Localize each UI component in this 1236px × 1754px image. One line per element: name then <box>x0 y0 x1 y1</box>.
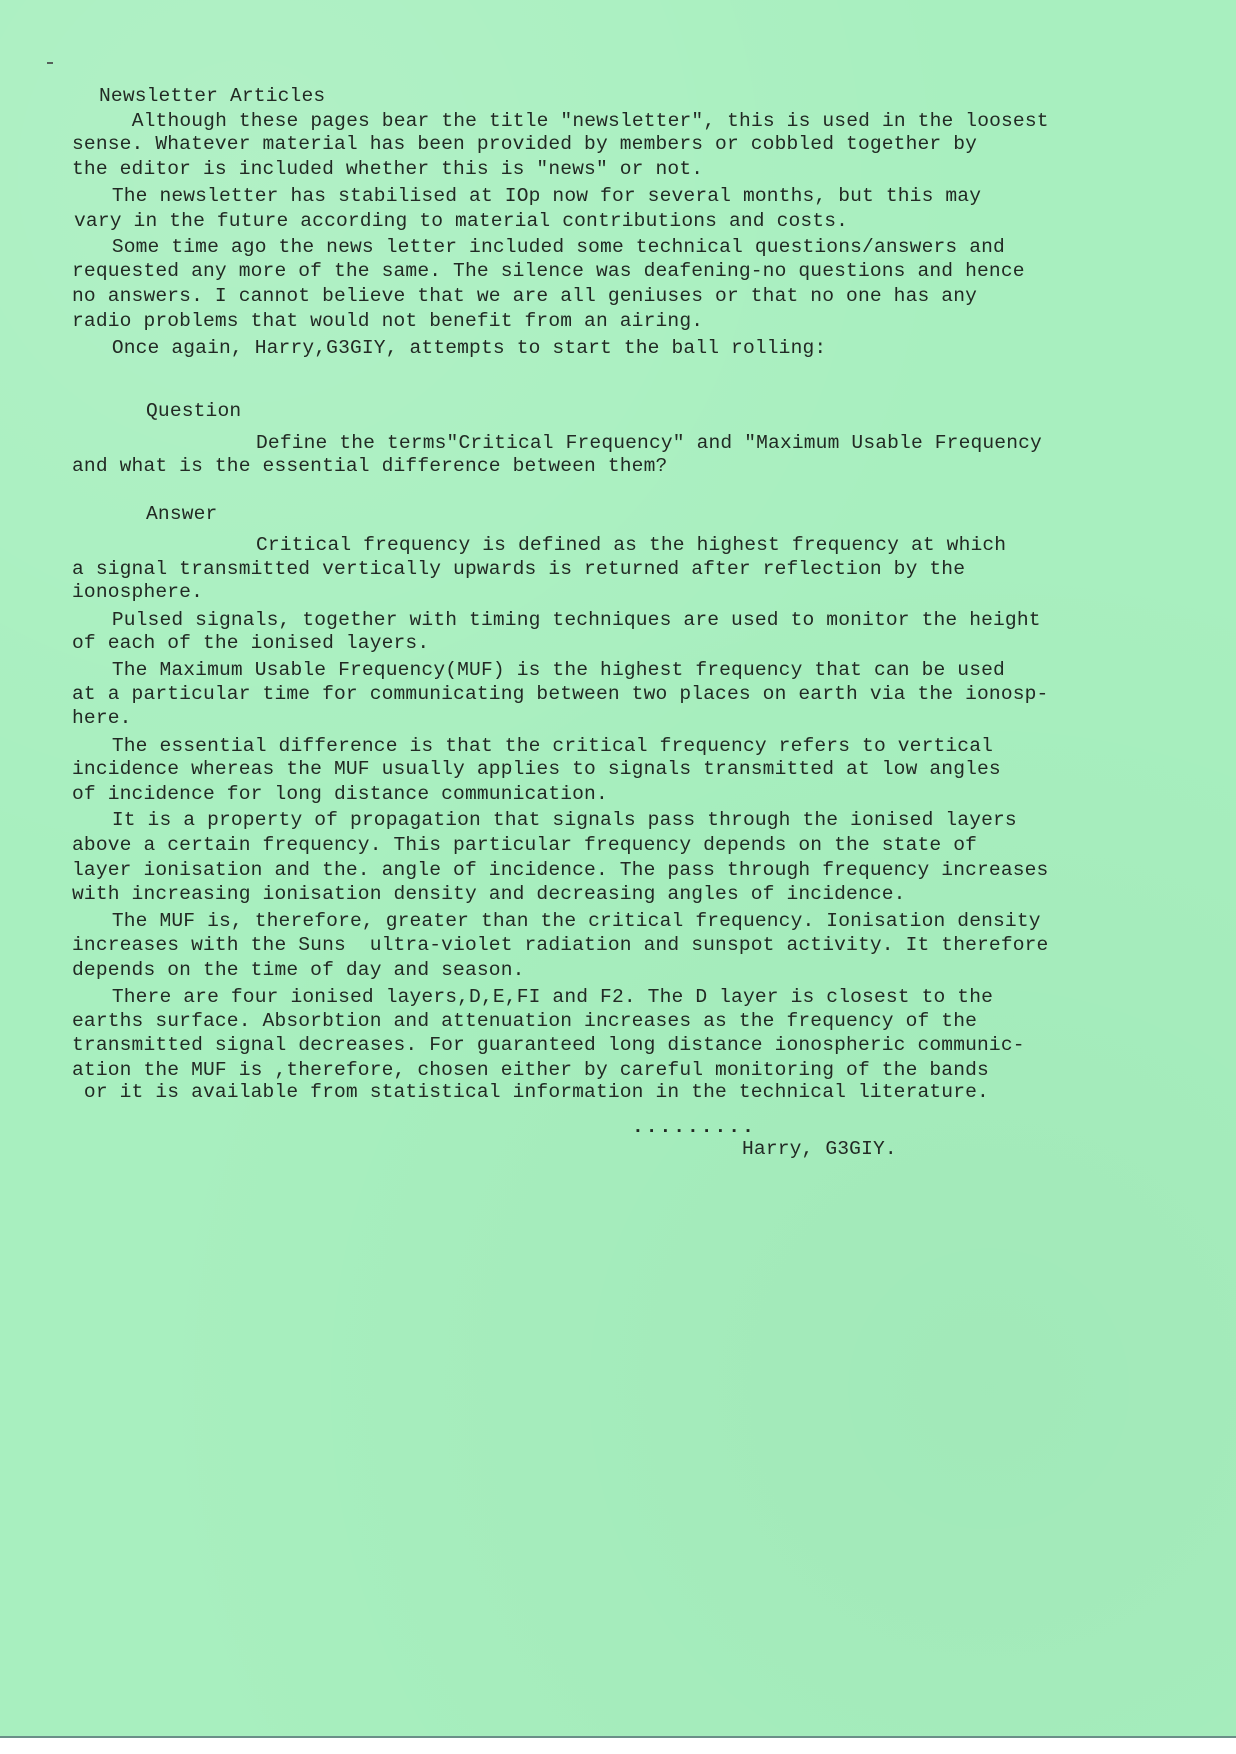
answer-label: Answer <box>146 505 217 525</box>
intro-line: radio problems that would not benefit fr… <box>72 312 703 332</box>
newsletter-page: Newsletter Articles Although these pages… <box>0 0 1236 1738</box>
paper-speck <box>47 62 53 64</box>
answer-line: increases with the Suns ultra-violet rad… <box>72 936 1048 956</box>
signature: Harry, G3GIY. <box>742 1140 897 1160</box>
answer-line: transmitted signal decreases. For guaran… <box>72 1036 1025 1056</box>
separator-dots: ......... <box>632 1118 756 1138</box>
answer-line: layer ionisation and the. angle of incid… <box>72 861 1048 881</box>
answer-line: of each of the ionised layers. <box>72 634 429 654</box>
answer-line: It is a property of propagation that sig… <box>88 811 1017 831</box>
intro-line: Some time ago the news letter included s… <box>88 238 1005 258</box>
intro-line: requested any more of the same. The sile… <box>72 262 1025 282</box>
intro-line: Although these pages bear the title "new… <box>96 112 1049 132</box>
answer-line: above a certain frequency. This particul… <box>72 836 977 856</box>
answer-line: depends on the time of day and season. <box>72 961 525 981</box>
answer-line: or it is available from statistical info… <box>72 1083 989 1103</box>
answer-line: incidence whereas the MUF usually applie… <box>72 760 1001 780</box>
intro-line: Once again, Harry,G3GIY, attempts to sta… <box>88 339 826 359</box>
answer-line: The Maximum Usable Frequency(MUF) is the… <box>88 661 1005 681</box>
answer-line: here. <box>72 709 132 729</box>
question-line: and what is the essential difference bet… <box>72 457 667 477</box>
page-heading: Newsletter Articles <box>99 87 325 107</box>
answer-line: The MUF is, therefore, greater than the … <box>88 912 1041 932</box>
answer-line: of incidence for long distance communica… <box>72 785 608 805</box>
question-label: Question <box>146 402 241 422</box>
answer-line: at a particular time for communicating b… <box>72 685 1048 705</box>
answer-line: Pulsed signals, together with timing tec… <box>88 611 1041 631</box>
answer-line: ation the MUF is ,therefore, chosen eith… <box>72 1061 989 1081</box>
answer-line: with increasing ionisation density and d… <box>72 885 906 905</box>
answer-line: Critical frequency is defined as the hig… <box>256 536 1006 556</box>
intro-line: the editor is included whether this is "… <box>72 160 703 180</box>
question-line: Define the terms"Critical Frequency" and… <box>256 434 1042 454</box>
answer-line: The essential difference is that the cri… <box>88 737 993 757</box>
intro-line: The newsletter has stabilised at IOp now… <box>88 187 981 207</box>
intro-line: vary in the future according to material… <box>74 212 848 232</box>
intro-line: no answers. I cannot believe that we are… <box>72 287 977 307</box>
answer-line: earths surface. Absorbtion and attenuati… <box>72 1012 977 1032</box>
answer-line: ionosphere. <box>72 583 203 603</box>
intro-line: sense. Whatever material has been provid… <box>72 135 977 155</box>
answer-line: There are four ionised layers,D,E,FI and… <box>88 988 993 1008</box>
answer-line: a signal transmitted vertically upwards … <box>72 560 965 580</box>
